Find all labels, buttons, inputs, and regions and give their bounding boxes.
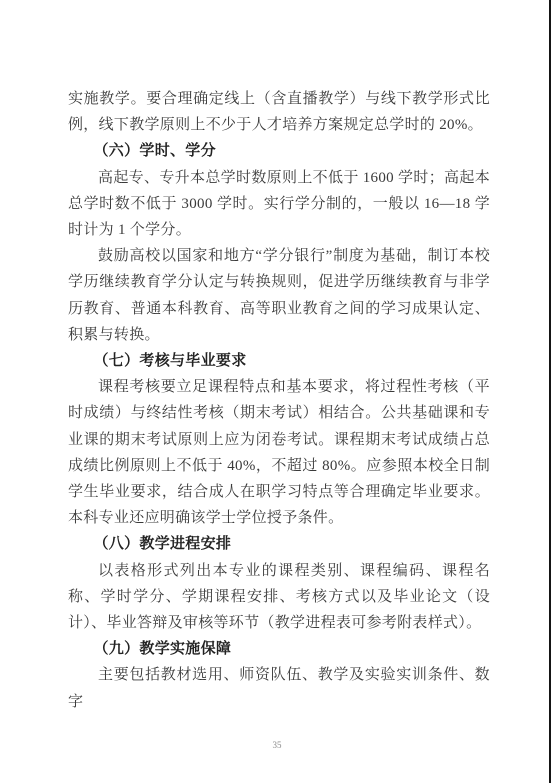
section-heading: （九）教学实施保障 — [68, 636, 490, 662]
body-paragraph: 课程考核要立足课程特点和基本要求，将过程性考核（平时成绩）与终结性考核（期末考试… — [68, 374, 490, 531]
page-number: 35 — [0, 740, 554, 750]
page-edge-line — [549, 0, 551, 783]
body-paragraph: 鼓励高校以国家和地方“学分银行”制度为基础，制订本校学历继续教育学分认定与转换规… — [68, 243, 490, 348]
body-paragraph: 主要包括教材选用、师资队伍、教学及实验实训条件、数字 — [68, 662, 490, 714]
body-paragraph: 实施教学。要合理确定线上（含直播教学）与线下教学形式比例，线下教学原则上不少于人… — [68, 86, 490, 138]
body-paragraph: 以表格形式列出本专业的课程类别、课程编码、课程名称、学时学分、学期课程安排、考核… — [68, 558, 490, 637]
section-heading: （六）学时、学分 — [68, 138, 490, 164]
section-heading: （七）考核与毕业要求 — [68, 348, 490, 374]
body-paragraph: 高起专、专升本总学时数原则上不低于 1600 学时；高起本总学时数不低于 300… — [68, 165, 490, 244]
document-page: 实施教学。要合理确定线上（含直播教学）与线下教学形式比例，线下教学原则上不少于人… — [0, 0, 554, 783]
section-heading: （八）教学进程安排 — [68, 531, 490, 557]
page-content: 实施教学。要合理确定线上（含直播教学）与线下教学形式比例，线下教学原则上不少于人… — [68, 86, 490, 715]
